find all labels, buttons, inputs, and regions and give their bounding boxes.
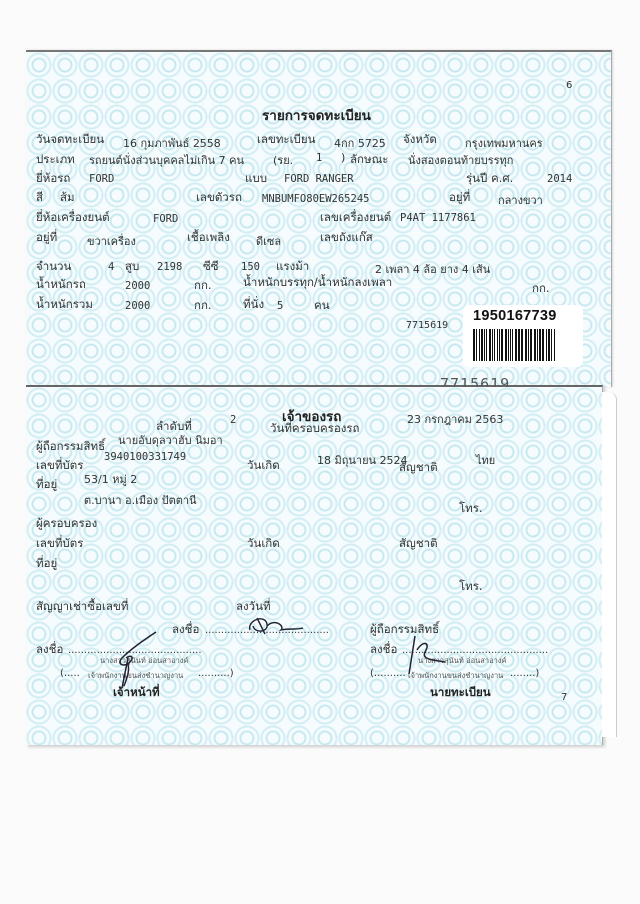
chassis-loc-label: อยู่ที่ [449,189,470,207]
phone-label: โทร. [459,500,483,518]
id-card-value: 3940100331749 [104,451,186,463]
hp-value: 150 [241,261,260,273]
fuel-label: เชื้อเพลิง [187,229,230,247]
id-card-label: เลขที่บัตร [36,457,83,475]
chassis-value: MNBUMFO80EW265245 [262,193,369,205]
weight-label: น้ำหนักรถ [36,276,86,294]
plate-value: 4กก 5725 [334,134,386,152]
brand-label: ยี่ห้อรถ [36,170,70,188]
brand-value: FORD [89,173,114,185]
chassis-label: เลขตัวรถ [196,189,242,207]
address-label: ที่อยู่ [36,476,57,494]
plate-label: เลขทะเบียน [257,131,315,149]
possessor-nationality-label: สัญชาติ [399,535,438,553]
province-value: กรุงเทพมหานคร [465,134,543,152]
registrar-signature-icon [405,630,455,680]
model-year-value: 2014 [547,173,572,185]
page-number-bottom: 7 [561,692,567,703]
nationality-value: ไทย [476,451,495,469]
axles-wheels-value: 2 เพลา 4 ล้อ ยาง 4 เส้น [375,260,490,278]
rto-open: (รย. [273,151,293,169]
officer-sign-label: ลงชื่อ [36,641,63,659]
barcode-icon [473,329,573,361]
gross-unit: กก. [194,297,212,315]
address-line2: ต.บานา อ.เมือง ปัตตานี [84,491,197,509]
province-label: จังหวัด [403,131,437,149]
reg-date-value: 16 กุมภาพันธ์ 2558 [123,134,221,152]
registrar-role: นายทะเบียน [430,684,491,702]
persons-label: คน [314,297,330,315]
nationality-label: สัญชาติ [399,459,438,477]
type-value: รถยนต์นั่งส่วนบุคคลไม่เกิน 7 คน [89,151,244,169]
officer-signature-icon [108,628,168,698]
engine-brand-value: FORD [153,213,178,225]
engine-no-label: เลขเครื่องยนต์ [320,209,391,227]
weight-unit: กก. [194,277,212,295]
possessor-address-label: ที่อยู่ [36,555,57,573]
style-label: ลักษณะ [350,151,388,169]
color-label: สี [36,189,43,207]
owner-name-value: นายอับดุลวาฮับ นิมอา [118,431,223,449]
registration-title: รายการจดทะเบียน [262,104,371,126]
chassis-loc-value: กลางขวา [498,191,543,209]
rto-close: ) [341,151,345,164]
engine-brand-label: ยี่ห้อเครื่องยนต์ [36,209,110,227]
engine-loc-label: อยู่ที่ [36,229,57,247]
serial-number: 7715619 [406,320,448,331]
style-value: นั่งสองตอนท้ายบรรทุก [408,151,513,169]
possessor-birth-label: วันเกิด [247,535,280,553]
model-year-label: รุ่นปี ค.ศ. [466,170,513,188]
model-value: FORD RANGER [284,173,354,185]
count-label: จำนวน [36,258,71,276]
seats-label: ที่นั่ง [243,296,264,314]
fuel-value: ดีเซล [256,232,281,250]
owner-signature-icon [245,612,305,642]
registrar-paren-open: (.......... [370,668,406,679]
registrar-paren-close: ........) [510,668,539,679]
weight-value: 2000 [125,280,150,292]
possessor-phone-label: โทร. [459,578,483,596]
gross-label: น้ำหนักรวม [36,296,93,314]
load-label: น้ำหนักบรรทุก/น้ำหนักลงเพลา [243,274,392,292]
officer-paren-close: ..........) [198,668,234,679]
birth-label: วันเกิด [247,457,280,475]
cc-value: 2198 [157,261,182,273]
color-value: ส้ม [60,189,75,207]
cylinders-value: 4 [108,261,114,273]
engine-no-value: P4AT 1177861 [400,212,476,224]
birth-value: 18 มิถุนายน 2524 [317,451,408,469]
page-edge [602,392,617,737]
order-value: 2 [230,414,236,426]
load-unit: กก. [532,280,550,298]
cyl-label: สูบ [125,258,139,276]
possessor-id-label: เลขที่บัตร [36,535,83,553]
registrar-sign-label: ลงชื่อ [370,641,397,659]
possession-date-value: 23 กรกฎาคม 2563 [407,410,503,428]
owner-label: ผู้ถือกรรมสิทธิ์ [36,438,105,456]
page-number-top: 6 [566,80,572,91]
type-label: ประเภท [36,151,75,169]
possessor-label: ผู้ครอบครอง [36,515,97,533]
barcode-sticker: 1950167739 [463,305,583,367]
gas-tank-label: เลขถังแก๊ส [320,229,373,247]
officer-paren-open: (..... [60,668,80,679]
possession-date-label: วันที่ครอบครองรถ [270,420,360,438]
owner-sign-label: ลงชื่อ [172,621,199,639]
hire-contract-label: สัญญาเช่าซื้อเลขที่ [36,598,128,616]
gross-value: 2000 [125,300,150,312]
model-label: แบบ [245,170,267,188]
reg-date-label: วันจดทะเบียน [36,131,104,149]
engine-loc-value: ขวาเครื่อง [87,232,136,250]
cc-label: ซีซี [203,258,219,276]
rto-value: 1 [316,152,322,164]
barcode-number: 1950167739 [473,308,557,324]
address-line1: 53/1 หมู่ 2 [84,470,137,488]
seats-value: 5 [277,300,283,312]
